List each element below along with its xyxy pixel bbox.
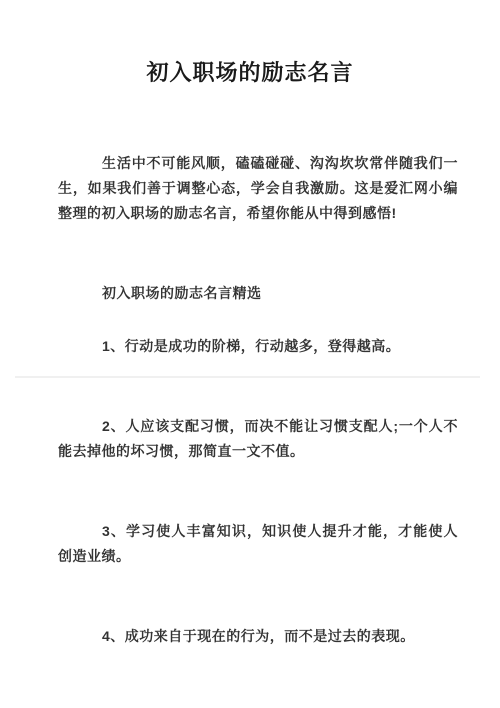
quote-item-4: 4、成功来自于现在的行为，而不是过去的表现。 [58,624,458,649]
quote-item-2: 2、人应该支配习惯，而决不能让习惯支配人;一个人不能去掉他的坏习惯，那简直一文不… [58,414,458,464]
divider-line [15,376,480,378]
article-title: 初入职场的励志名言 [0,58,500,88]
intro-paragraph: 生活中不可能风顺，磕磕碰碰、沟沟坎坎常伴随我们一生，如果我们善于调整心态，学会自… [58,151,458,226]
article-page: 初入职场的励志名言 生活中不可能风顺，磕磕碰碰、沟沟坎坎常伴随我们一生，如果我们… [0,0,500,708]
section-heading: 初入职场的励志名言精选 [58,281,458,306]
quote-item-1: 1、行动是成功的阶梯，行动越多，登得越高。 [58,334,458,359]
quote-item-3: 3、学习使人丰富知识，知识使人提升才能，才能使人创造业绩。 [58,519,458,569]
